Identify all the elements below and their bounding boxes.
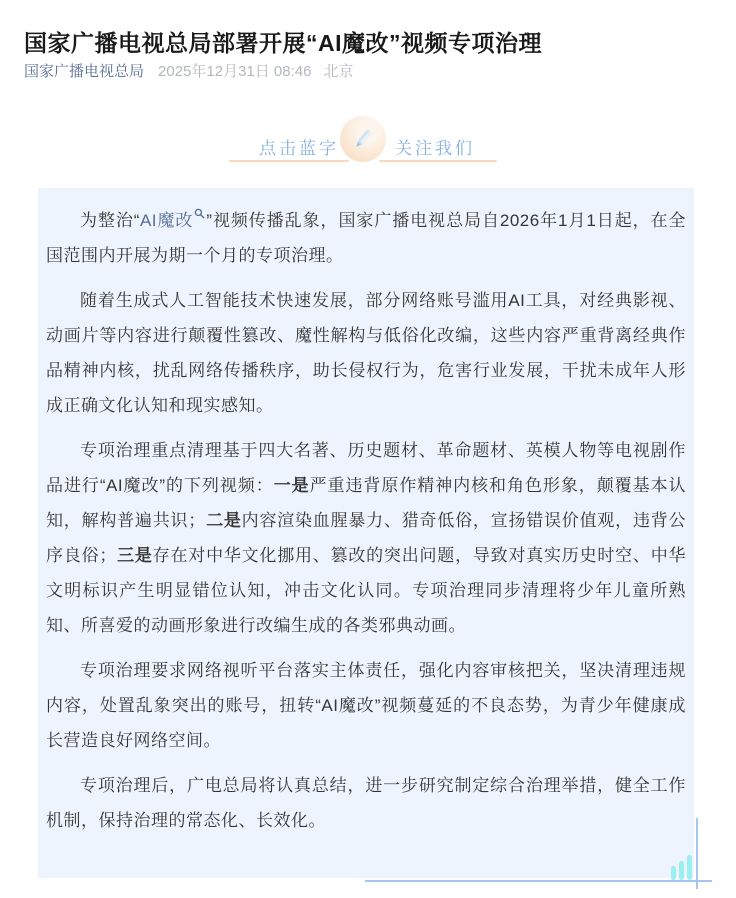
signal-bar — [671, 866, 676, 880]
account-name-link[interactable]: 国家广播电视总局 — [24, 62, 144, 82]
signal-bars-icon — [671, 853, 697, 880]
paragraph: 专项治理要求网络视听平台落实主体责任，强化内容审核把关，坚决清理违规内容，处置乱… — [46, 653, 686, 758]
article-page: 国家广播电视总局部署开展“AI魔改”视频专项治理 国家广播电视总局 2025年1… — [0, 0, 736, 898]
search-icon[interactable] — [194, 208, 205, 219]
paragraph: 专项治理重点清理基于四大名著、历史题材、革命题材、英模人物等电视剧作品进行“AI… — [46, 433, 686, 643]
publish-location: 北京 — [323, 62, 353, 82]
banner-underline-right — [379, 160, 497, 162]
banner-label-follow-us: 关注我们 — [395, 134, 475, 159]
paragraph: 随着生成式人工智能技术快速发展，部分网络账号滥用AI工具，对经典影视、动画片等内… — [46, 283, 686, 423]
text-run: 专项治理要求网络视听平台落实主体责任，强化内容审核把关，坚决清理违规内容，处置乱… — [46, 661, 686, 750]
article-card: 为整治“AI魔改”视频传播乱象，国家广播电视总局自2026年1月1日起，在全国范… — [38, 188, 694, 878]
emphasis-text: 二是 — [206, 511, 242, 530]
text-run: 专项治理后，广电总局将认真总结，进一步研究制定综合治理举措，健全工作机制，保持治… — [46, 776, 686, 830]
decor-line-horizontal — [365, 880, 712, 882]
search-term-link[interactable]: AI魔改 — [140, 211, 193, 230]
text-run: 为整治“ — [80, 211, 140, 230]
publish-datetime: 2025年12月31日 08:46 — [158, 62, 311, 82]
paragraph: 为整治“AI魔改”视频传播乱象，国家广播电视总局自2026年1月1日起，在全国范… — [46, 203, 686, 273]
banner-label-click-blue: 点击蓝字 — [259, 134, 339, 159]
signal-bar — [687, 855, 692, 880]
follow-banner: 点击蓝字 关注我们 — [229, 114, 497, 174]
emphasis-text: 三是 — [117, 546, 153, 565]
pen-icon — [340, 116, 386, 162]
article-body: 为整治“AI魔改”视频传播乱象，国家广播电视总局自2026年1月1日起，在全国范… — [46, 203, 686, 838]
pen-icon-glyph — [350, 126, 376, 152]
byline: 国家广播电视总局 2025年12月31日 08:46 北京 — [24, 62, 353, 82]
signal-bar — [679, 861, 684, 880]
paragraph: 专项治理后，广电总局将认真总结，进一步研究制定综合治理举措，健全工作机制，保持治… — [46, 768, 686, 838]
banner-underline-left — [229, 160, 349, 162]
text-run: 随着生成式人工智能技术快速发展，部分网络账号滥用AI工具，对经典影视、动画片等内… — [46, 291, 686, 415]
emphasis-text: 一是 — [274, 476, 310, 495]
page-title: 国家广播电视总局部署开展“AI魔改”视频专项治理 — [24, 28, 724, 58]
